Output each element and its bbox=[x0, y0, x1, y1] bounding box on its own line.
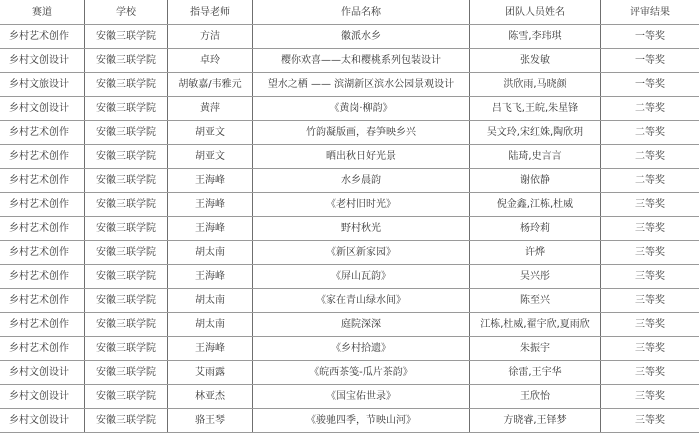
table-row: 乡村艺术创作安徽三联学院王海峰《乡村拾遗》朱振宇三等奖 bbox=[0, 337, 699, 361]
awards-table: 赛道 学校 指导老师 作品名称 团队人员姓名 评审结果 乡村艺术创作安徽三联学院… bbox=[0, 0, 699, 433]
table-row: 乡村文创设计安徽三联学院林亚杰《国宝佑世录》王欣怡三等奖 bbox=[0, 385, 699, 409]
track-cell: 乡村文创设计 bbox=[0, 97, 85, 121]
result-cell: 一等奖 bbox=[601, 73, 699, 97]
team-members-cell: 吕飞飞,王皖,朱星锋 bbox=[470, 97, 601, 121]
work-title-cell: 野村秋光 bbox=[253, 217, 470, 241]
work-title-cell: 竹韵凝版画，春笋映乡兴 bbox=[253, 121, 470, 145]
table-row: 乡村艺术创作安徽三联学院胡太南《家在青山绿水间》陈至兴三等奖 bbox=[0, 289, 699, 313]
result-cell: 三等奖 bbox=[601, 241, 699, 265]
work-title-cell: 庭院深深 bbox=[253, 313, 470, 337]
result-cell: 一等奖 bbox=[601, 49, 699, 73]
table-row: 乡村艺术创作安徽三联学院胡亚文竹韵凝版画，春笋映乡兴吴文玲,宋红姝,陶欣玥二等奖 bbox=[0, 121, 699, 145]
team-members-cell: 许烨 bbox=[470, 241, 601, 265]
track-cell: 乡村艺术创作 bbox=[0, 25, 85, 49]
track-cell: 乡村文创设计 bbox=[0, 409, 85, 433]
work-title-cell: 《家在青山绿水间》 bbox=[253, 289, 470, 313]
school-cell: 安徽三联学院 bbox=[85, 193, 168, 217]
track-cell: 乡村文创设计 bbox=[0, 361, 85, 385]
work-title-cell: 《老村旧时光》 bbox=[253, 193, 470, 217]
track-cell: 乡村艺术创作 bbox=[0, 289, 85, 313]
work-title-cell: 《骏驰四季，节映山河》 bbox=[253, 409, 470, 433]
school-cell: 安徽三联学院 bbox=[85, 145, 168, 169]
track-cell: 乡村艺术创作 bbox=[0, 313, 85, 337]
advisor-cell: 胡太南 bbox=[168, 289, 253, 313]
advisor-cell: 艾雨露 bbox=[168, 361, 253, 385]
header-track: 赛道 bbox=[0, 0, 85, 25]
school-cell: 安徽三联学院 bbox=[85, 313, 168, 337]
team-members-cell: 陈至兴 bbox=[470, 289, 601, 313]
track-cell: 乡村艺术创作 bbox=[0, 169, 85, 193]
work-title-cell: 徽派水乡 bbox=[253, 25, 470, 49]
school-cell: 安徽三联学院 bbox=[85, 241, 168, 265]
advisor-cell: 王海峰 bbox=[168, 169, 253, 193]
track-cell: 乡村艺术创作 bbox=[0, 217, 85, 241]
team-members-cell: 王欣怡 bbox=[470, 385, 601, 409]
result-cell: 三等奖 bbox=[601, 217, 699, 241]
advisor-cell: 卓玲 bbox=[168, 49, 253, 73]
school-cell: 安徽三联学院 bbox=[85, 73, 168, 97]
team-members-cell: 吴文玲,宋红姝,陶欣玥 bbox=[470, 121, 601, 145]
school-cell: 安徽三联学院 bbox=[85, 121, 168, 145]
result-cell: 三等奖 bbox=[601, 289, 699, 313]
school-cell: 安徽三联学院 bbox=[85, 361, 168, 385]
work-title-cell: 樱你欢喜——太和樱桃系列包装设计 bbox=[253, 49, 470, 73]
result-cell: 二等奖 bbox=[601, 169, 699, 193]
table-body: 乡村艺术创作安徽三联学院方洁徽派水乡陈雪,李玮琪一等奖乡村文创设计安徽三联学院卓… bbox=[0, 25, 699, 433]
team-members-cell: 吴兴彤 bbox=[470, 265, 601, 289]
school-cell: 安徽三联学院 bbox=[85, 169, 168, 193]
result-cell: 一等奖 bbox=[601, 25, 699, 49]
result-cell: 三等奖 bbox=[601, 313, 699, 337]
advisor-cell: 胡太南 bbox=[168, 241, 253, 265]
advisor-cell: 林亚杰 bbox=[168, 385, 253, 409]
track-cell: 乡村艺术创作 bbox=[0, 265, 85, 289]
advisor-cell: 王海峰 bbox=[168, 265, 253, 289]
team-members-cell: 陈雪,李玮琪 bbox=[470, 25, 601, 49]
school-cell: 安徽三联学院 bbox=[85, 337, 168, 361]
work-title-cell: 《新区新家园》 bbox=[253, 241, 470, 265]
track-cell: 乡村艺术创作 bbox=[0, 241, 85, 265]
track-cell: 乡村文旅设计 bbox=[0, 73, 85, 97]
team-members-cell: 朱振宇 bbox=[470, 337, 601, 361]
work-title-cell: 望水之栖 —— 滨湖新区滨水公园景观设计 bbox=[253, 73, 470, 97]
school-cell: 安徽三联学院 bbox=[85, 25, 168, 49]
team-members-cell: 谢依静 bbox=[470, 169, 601, 193]
header-advisor: 指导老师 bbox=[168, 0, 253, 25]
table-row: 乡村艺术创作安徽三联学院方洁徽派水乡陈雪,李玮琪一等奖 bbox=[0, 25, 699, 49]
result-cell: 二等奖 bbox=[601, 97, 699, 121]
advisor-cell: 王海峰 bbox=[168, 193, 253, 217]
advisor-cell: 胡亚文 bbox=[168, 145, 253, 169]
advisor-cell: 王海峰 bbox=[168, 337, 253, 361]
track-cell: 乡村艺术创作 bbox=[0, 337, 85, 361]
advisor-cell: 王海峰 bbox=[168, 217, 253, 241]
team-members-cell: 方晓睿,王铎梦 bbox=[470, 409, 601, 433]
table-row: 乡村艺术创作安徽三联学院王海峰《老村旧时光》倪金鑫,江栋,杜威三等奖 bbox=[0, 193, 699, 217]
table-row: 乡村文旅设计安徽三联学院胡敏嘉/韦雅元望水之栖 —— 滨湖新区滨水公园景观设计洪… bbox=[0, 73, 699, 97]
team-members-cell: 徐雷,王宇华 bbox=[470, 361, 601, 385]
result-cell: 三等奖 bbox=[601, 385, 699, 409]
work-title-cell: 晒出秋日好光景 bbox=[253, 145, 470, 169]
school-cell: 安徽三联学院 bbox=[85, 289, 168, 313]
table-row: 乡村艺术创作安徽三联学院胡太南庭院深深江栋,杜威,翟宇欣,夏雨欣三等奖 bbox=[0, 313, 699, 337]
advisor-cell: 胡敏嘉/韦雅元 bbox=[168, 73, 253, 97]
table-row: 乡村文创设计安徽三联学院艾雨露《皖西茶笺-瓜片茶韵》徐雷,王宇华三等奖 bbox=[0, 361, 699, 385]
result-cell: 三等奖 bbox=[601, 361, 699, 385]
advisor-cell: 骆王琴 bbox=[168, 409, 253, 433]
table-row: 乡村文创设计安徽三联学院黄萍《黄岗·柳韵》吕飞飞,王皖,朱星锋二等奖 bbox=[0, 97, 699, 121]
team-members-cell: 江栋,杜威,翟宇欣,夏雨欣 bbox=[470, 313, 601, 337]
table-row: 乡村艺术创作安徽三联学院胡太南《新区新家园》许烨三等奖 bbox=[0, 241, 699, 265]
header-row: 赛道 学校 指导老师 作品名称 团队人员姓名 评审结果 bbox=[0, 0, 699, 25]
table-row: 乡村艺术创作安徽三联学院王海峰《屏山瓦韵》吴兴彤三等奖 bbox=[0, 265, 699, 289]
work-title-cell: 水乡晨韵 bbox=[253, 169, 470, 193]
result-cell: 三等奖 bbox=[601, 337, 699, 361]
advisor-cell: 胡太南 bbox=[168, 313, 253, 337]
school-cell: 安徽三联学院 bbox=[85, 385, 168, 409]
track-cell: 乡村艺术创作 bbox=[0, 193, 85, 217]
team-members-cell: 张发敏 bbox=[470, 49, 601, 73]
table-row: 乡村艺术创作安徽三联学院胡亚文晒出秋日好光景陆琦,史言言二等奖 bbox=[0, 145, 699, 169]
header-school: 学校 bbox=[85, 0, 168, 25]
table-row: 乡村艺术创作安徽三联学院王海峰野村秋光杨玲莉三等奖 bbox=[0, 217, 699, 241]
table-row: 乡村文创设计安徽三联学院卓玲樱你欢喜——太和樱桃系列包装设计张发敏一等奖 bbox=[0, 49, 699, 73]
team-members-cell: 陆琦,史言言 bbox=[470, 145, 601, 169]
advisor-cell: 方洁 bbox=[168, 25, 253, 49]
track-cell: 乡村艺术创作 bbox=[0, 145, 85, 169]
result-cell: 三等奖 bbox=[601, 409, 699, 433]
result-cell: 三等奖 bbox=[601, 193, 699, 217]
table-row: 乡村艺术创作安徽三联学院王海峰水乡晨韵谢依静二等奖 bbox=[0, 169, 699, 193]
school-cell: 安徽三联学院 bbox=[85, 97, 168, 121]
work-title-cell: 《乡村拾遗》 bbox=[253, 337, 470, 361]
team-members-cell: 洪欣雨,马晓颜 bbox=[470, 73, 601, 97]
school-cell: 安徽三联学院 bbox=[85, 217, 168, 241]
track-cell: 乡村艺术创作 bbox=[0, 121, 85, 145]
header-result: 评审结果 bbox=[601, 0, 699, 25]
team-members-cell: 杨玲莉 bbox=[470, 217, 601, 241]
result-cell: 二等奖 bbox=[601, 121, 699, 145]
header-work-title: 作品名称 bbox=[253, 0, 470, 25]
advisor-cell: 胡亚文 bbox=[168, 121, 253, 145]
track-cell: 乡村文创设计 bbox=[0, 49, 85, 73]
result-cell: 二等奖 bbox=[601, 145, 699, 169]
work-title-cell: 《皖西茶笺-瓜片茶韵》 bbox=[253, 361, 470, 385]
header-team-members: 团队人员姓名 bbox=[470, 0, 601, 25]
school-cell: 安徽三联学院 bbox=[85, 265, 168, 289]
school-cell: 安徽三联学院 bbox=[85, 49, 168, 73]
table-row: 乡村文创设计安徽三联学院骆王琴《骏驰四季，节映山河》方晓睿,王铎梦三等奖 bbox=[0, 409, 699, 433]
track-cell: 乡村文创设计 bbox=[0, 385, 85, 409]
work-title-cell: 《屏山瓦韵》 bbox=[253, 265, 470, 289]
team-members-cell: 倪金鑫,江栋,杜威 bbox=[470, 193, 601, 217]
work-title-cell: 《黄岗·柳韵》 bbox=[253, 97, 470, 121]
advisor-cell: 黄萍 bbox=[168, 97, 253, 121]
result-cell: 三等奖 bbox=[601, 265, 699, 289]
work-title-cell: 《国宝佑世录》 bbox=[253, 385, 470, 409]
school-cell: 安徽三联学院 bbox=[85, 409, 168, 433]
